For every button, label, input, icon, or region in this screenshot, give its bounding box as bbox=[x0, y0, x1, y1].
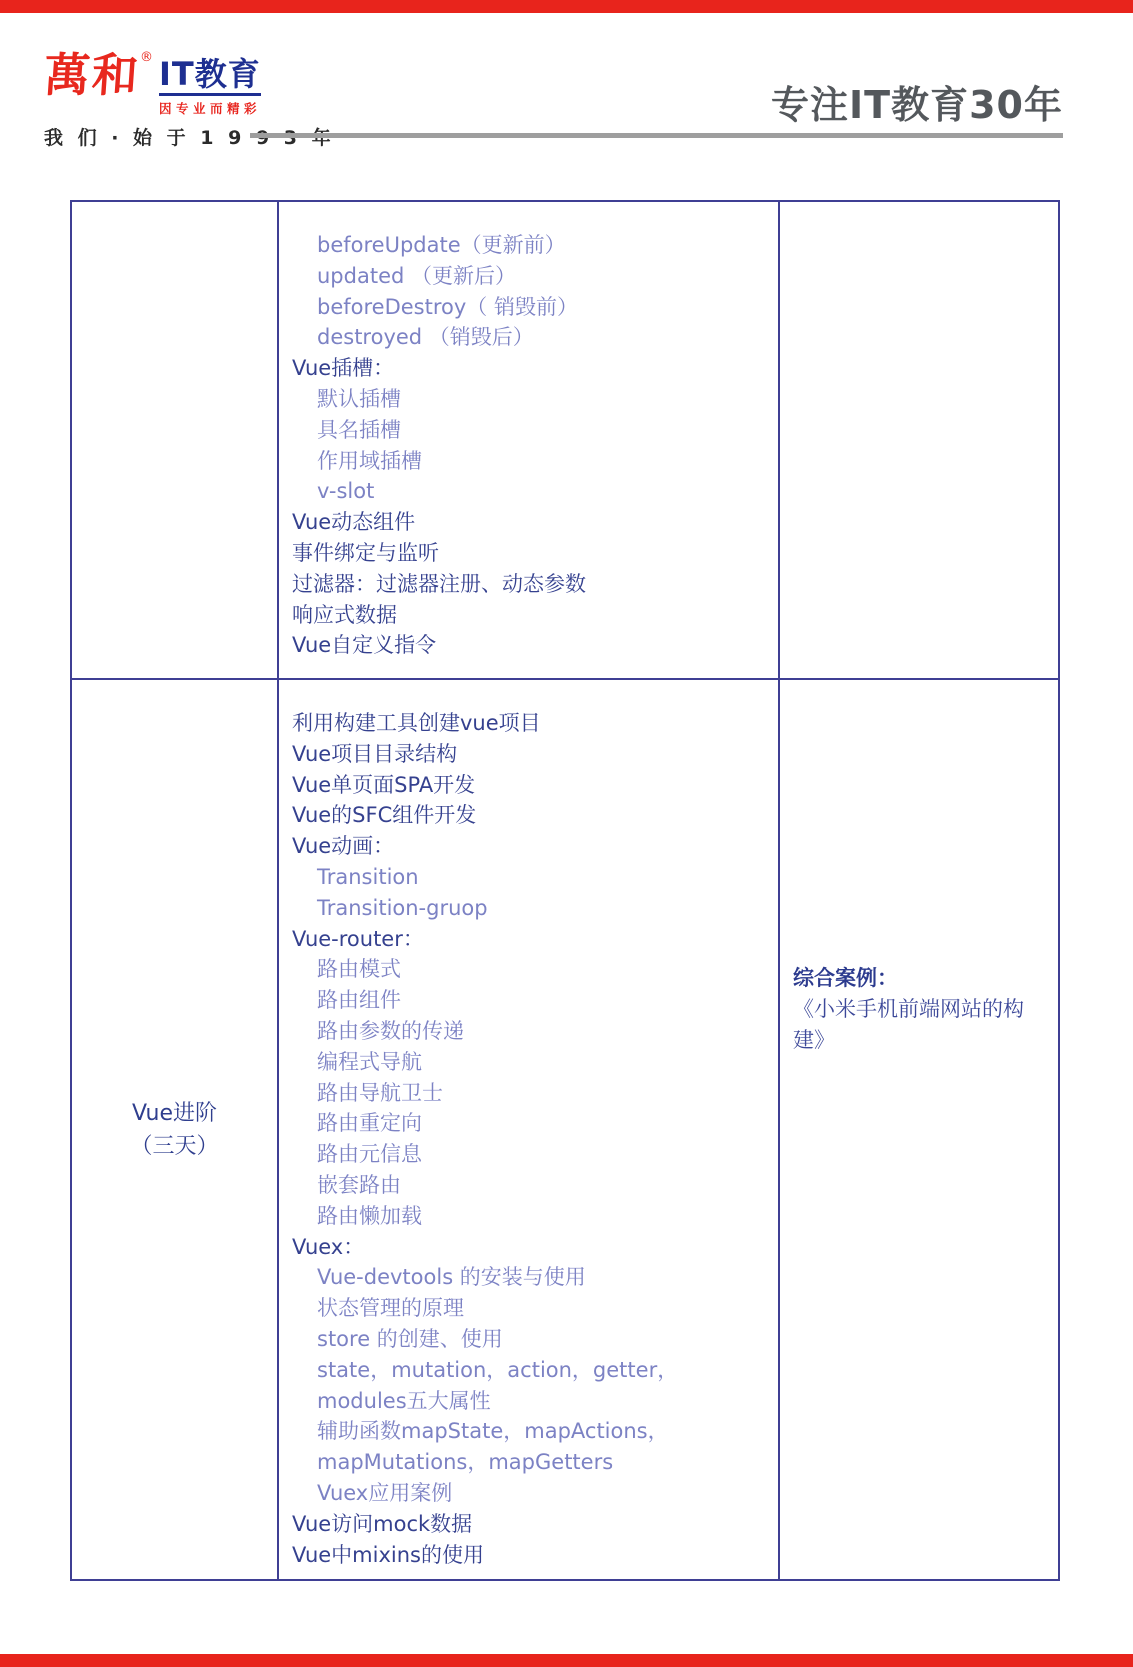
syllabus-line: 默认插槽 bbox=[317, 384, 770, 415]
syllabus-line: Vue单页面SPA开发 bbox=[292, 770, 770, 801]
syllabus-line: state，mutation，action，getter， bbox=[317, 1355, 770, 1386]
syllabus-line: 路由懒加载 bbox=[317, 1201, 770, 1232]
syllabus-line: 路由重定向 bbox=[317, 1108, 770, 1139]
syllabus-line: v-slot bbox=[317, 476, 770, 507]
syllabus-line: Vue自定义指令 bbox=[292, 630, 770, 661]
syllabus-line: 事件绑定与监听 bbox=[292, 538, 770, 569]
stage-cell-row2: Vue进阶（三天） bbox=[72, 680, 279, 1579]
syllabus-line: 路由元信息 bbox=[317, 1139, 770, 1170]
course-syllabus-table: beforeUpdate（更新前）updated （更新后）beforeDest… bbox=[70, 200, 1060, 1581]
syllabus-line: destroyed （销毁后） bbox=[317, 322, 770, 353]
logo-brand-chinese: 萬和 bbox=[42, 52, 141, 98]
syllabus-line: 作用域插槽 bbox=[317, 446, 770, 477]
syllabus-line: 路由参数的传递 bbox=[317, 1016, 770, 1047]
syllabus-line: Vuex应用案例 bbox=[317, 1478, 770, 1509]
header-tagline: 专注IT教育30年 bbox=[771, 74, 1063, 129]
syllabus-line: 路由导航卫士 bbox=[317, 1078, 770, 1109]
stage-cell-row1 bbox=[72, 202, 279, 680]
syllabus-line: Vue动态组件 bbox=[292, 507, 770, 538]
syllabus-line: Vue中mixins的使用 bbox=[292, 1540, 770, 1571]
registered-trademark-icon: ® bbox=[140, 50, 153, 65]
syllabus-line: Vuex： bbox=[292, 1232, 770, 1263]
syllabus-line: modules五大属性 bbox=[317, 1386, 770, 1417]
logo-it-education: IT教育 bbox=[159, 55, 261, 93]
syllabus-line: Vue项目目录结构 bbox=[292, 739, 770, 770]
bottom-red-bar bbox=[0, 1654, 1133, 1667]
wanho-logo: 萬和 ® IT教育 因专业而精彩 我 们 · 始 于 1 9 9 3 年 bbox=[44, 52, 264, 150]
syllabus-line: 状态管理的原理 bbox=[317, 1293, 770, 1324]
syllabus-line: 具名插槽 bbox=[317, 415, 770, 446]
syllabus-line: Vue的SFC组件开发 bbox=[292, 800, 770, 831]
case-cell-row1 bbox=[780, 202, 1058, 680]
syllabus-line: store 的创建、使用 bbox=[317, 1324, 770, 1355]
syllabus-line: 路由模式 bbox=[317, 954, 770, 985]
syllabus-line: 路由组件 bbox=[317, 985, 770, 1016]
syllabus-line: Vue进阶 bbox=[132, 1097, 217, 1130]
syllabus-line: 嵌套路由 bbox=[317, 1170, 770, 1201]
content-cell-row1: beforeUpdate（更新前）updated （更新后）beforeDest… bbox=[279, 202, 780, 680]
syllabus-line: Vue动画： bbox=[292, 831, 770, 862]
syllabus-line: 综合案例： bbox=[793, 963, 1044, 994]
syllabus-line: beforeUpdate（更新前） bbox=[317, 230, 770, 261]
syllabus-line: mapMutations，mapGetters bbox=[317, 1447, 770, 1478]
syllabus-line: Vue-devtools 的安装与使用 bbox=[317, 1262, 770, 1293]
logo-slogan: 因专业而精彩 bbox=[159, 99, 261, 117]
content-cell-row2: 利用构建工具创建vue项目Vue项目目录结构Vue单页面SPA开发Vue的SFC… bbox=[279, 680, 780, 1579]
syllabus-line: 过滤器：过滤器注册、动态参数 bbox=[292, 569, 770, 600]
syllabus-line: Vue-router： bbox=[292, 924, 770, 955]
logo-since-1993: 我 们 · 始 于 1 9 9 3 年 bbox=[44, 123, 264, 150]
syllabus-line: Vue插槽： bbox=[292, 353, 770, 384]
logo-underline bbox=[159, 93, 261, 96]
header-divider-line bbox=[250, 133, 1063, 138]
syllabus-line: Transition bbox=[317, 862, 770, 893]
syllabus-line: （三天） bbox=[130, 1130, 218, 1163]
syllabus-line: 编程式导航 bbox=[317, 1047, 770, 1078]
case-cell-row2: 综合案例：《小米手机前端网站的构建》 bbox=[780, 680, 1058, 1579]
syllabus-line: updated （更新后） bbox=[317, 261, 770, 292]
syllabus-line: Transition-gruop bbox=[317, 893, 770, 924]
syllabus-line: Vue访问mock数据 bbox=[292, 1509, 770, 1540]
syllabus-line: beforeDestroy（ 销毁前） bbox=[317, 292, 770, 323]
syllabus-line: 辅助函数mapState，mapActions， bbox=[317, 1416, 770, 1447]
top-red-bar bbox=[0, 0, 1133, 13]
syllabus-line: 《小米手机前端网站的构建》 bbox=[793, 994, 1044, 1056]
syllabus-line: 响应式数据 bbox=[292, 600, 770, 631]
syllabus-line: 利用构建工具创建vue项目 bbox=[292, 708, 770, 739]
